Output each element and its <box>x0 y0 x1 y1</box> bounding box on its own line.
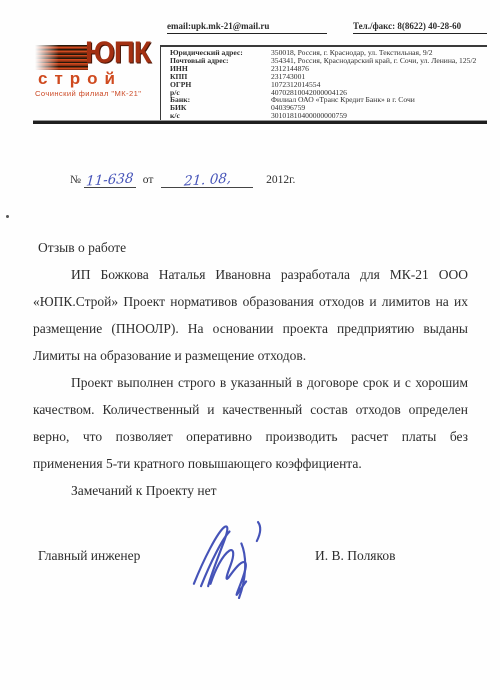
logo-sub-text: строй <box>38 69 122 89</box>
logo-stripes-icon <box>35 45 88 70</box>
signer-name: И. В. Поляков <box>315 548 396 564</box>
header-phone: Тел./факс: 8(8622) 40-28-60 <box>353 21 487 34</box>
table-row: ИНН 2312144876 <box>167 65 487 73</box>
table-row: Банк: Филиал ОАО «Транс Кредит Банк» в г… <box>167 96 487 104</box>
document-number-line: № 11-638 от 21. 08, 2012г. <box>70 171 295 188</box>
year-label: 2012г. <box>266 174 295 186</box>
paragraph: ИП Божкова Наталья Ивановна разработала … <box>33 261 468 369</box>
number-blank-line: 11-638 <box>84 171 136 188</box>
scanned-letter-page: email:upk.mk-21@mail.ru Тел./факс: 8(862… <box>0 0 500 690</box>
signer-position: Главный инженер <box>38 548 140 564</box>
req-label: к/с <box>167 112 271 120</box>
handwritten-number: 11-638 <box>86 170 135 189</box>
table-row: к/с 30101810400000000759 <box>167 112 487 120</box>
company-requisites-table: Юридический адрес: 350018, Россия, г. Кр… <box>167 49 487 120</box>
handwritten-signature-icon <box>182 514 277 599</box>
letter-body: Отзыв о работе ИП Божкова Наталья Иванов… <box>33 234 468 504</box>
header-email: email:upk.mk-21@mail.ru <box>167 21 327 34</box>
table-row: Почтовый адрес: 354341, Россия, Краснода… <box>167 57 487 65</box>
header-divider <box>160 45 487 47</box>
logo-main-text: ЮПК <box>85 36 150 71</box>
letter-title: Отзыв о работе <box>33 234 468 261</box>
number-sign: № <box>70 174 81 186</box>
date-blank-line: 21. 08, <box>161 171 253 188</box>
req-label: БИК <box>167 104 271 112</box>
scan-artifact-dot <box>6 215 9 218</box>
letterhead-bottom-rule <box>33 120 487 124</box>
paragraph: Замечаний к Проекту нет <box>33 477 468 504</box>
logo-branch-text: Сочинский филиал "МК-21" <box>35 89 141 98</box>
ot-label: от <box>143 174 154 186</box>
paragraph: Проект выполнен строго в указанный в дог… <box>33 369 468 477</box>
req-value: 30101810400000000759 <box>271 112 487 120</box>
handwritten-date: 21. 08, <box>183 170 231 189</box>
table-row: КПП 231743001 <box>167 73 487 81</box>
req-label: ОГРН <box>167 81 271 89</box>
company-logo: ЮПК строй Сочинский филиал "МК-21" <box>35 42 167 98</box>
